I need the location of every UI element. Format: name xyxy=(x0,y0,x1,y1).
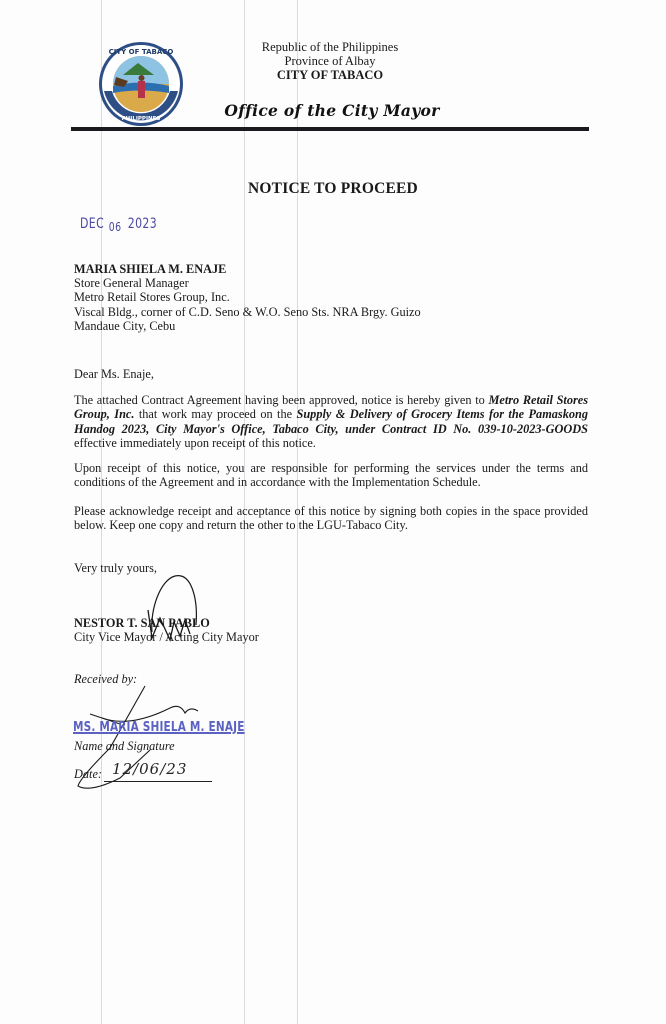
svg-text:CITY OF TABACO: CITY OF TABACO xyxy=(109,48,174,56)
stamp-day: 06 xyxy=(109,220,122,234)
document-title: NOTICE TO PROCEED xyxy=(0,180,666,198)
signatory-name: NESTOR T. SAN PABLO xyxy=(74,616,259,630)
p1-text-e: effective immediately upon receipt of th… xyxy=(74,436,316,450)
date-stamp: DEC062023 xyxy=(80,216,157,232)
header-rule xyxy=(71,127,589,131)
date-line xyxy=(104,781,212,782)
recipient-position: Store General Manager xyxy=(74,276,421,290)
signatory-block: NESTOR T. SAN PABLO City Vice Mayor / Ac… xyxy=(74,616,259,644)
date-label: Date: xyxy=(74,767,102,782)
salutation: Dear Ms. Enaje, xyxy=(74,367,154,382)
body-paragraph-3: Please acknowledge receipt and acceptanc… xyxy=(74,504,588,533)
name-signature-label: Name and Signature xyxy=(74,739,175,754)
svg-text:PHILIPPINES: PHILIPPINES xyxy=(122,116,161,122)
header-city: CITY OF TABACO xyxy=(200,68,460,82)
header-republic: Republic of the Philippines xyxy=(200,40,460,54)
p1-text-c: that work may proceed on the xyxy=(134,407,296,421)
city-seal-icon: CITY OF TABACO PHILIPPINES xyxy=(98,41,184,127)
recipient-address-2: Mandaue City, Cebu xyxy=(74,319,421,333)
p1-text-a: The attached Contract Agreement having b… xyxy=(74,393,488,407)
date-handwritten: 12/06/23 xyxy=(112,760,187,778)
body-paragraph-1: The attached Contract Agreement having b… xyxy=(74,393,588,450)
recipient-block: MARIA SHIELA M. ENAJE Store General Mana… xyxy=(74,262,421,333)
header-office: Office of the City Mayor xyxy=(222,101,442,120)
header-province: Province of Albay xyxy=(200,54,460,68)
recipient-name: MARIA SHIELA M. ENAJE xyxy=(74,262,421,276)
body-paragraph-2: Upon receipt of this notice, you are res… xyxy=(74,461,588,490)
recipient-address-1: Viscal Bldg., corner of C.D. Seno & W.O.… xyxy=(74,305,421,319)
signatory-title: City Vice Mayor / Acting City Mayor xyxy=(74,630,259,644)
recipient-company: Metro Retail Stores Group, Inc. xyxy=(74,290,421,304)
stamp-year: 2023 xyxy=(128,216,157,232)
receiver-name-stamp: MS. MARIA SHIELA M. ENAJE xyxy=(73,719,245,735)
stamp-month: DEC xyxy=(80,216,104,232)
